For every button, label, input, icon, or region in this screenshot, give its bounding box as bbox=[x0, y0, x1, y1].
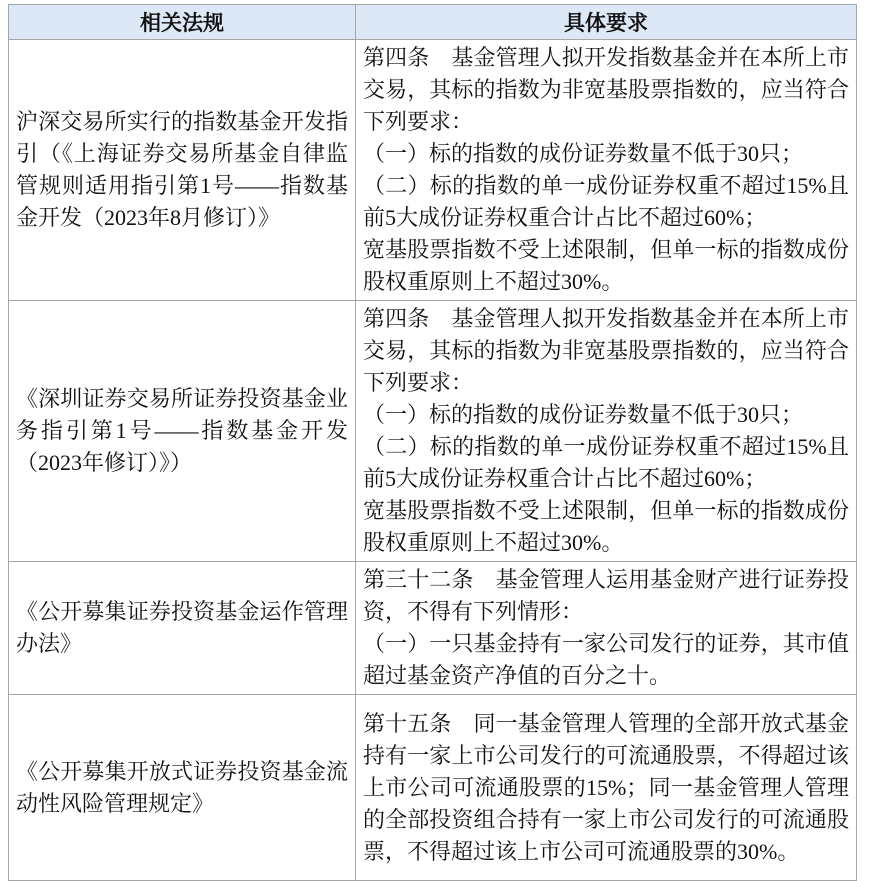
table-row: 《公开募集开放式证券投资基金流动性风险管理规定》 第十五条 同一基金管理人管理的… bbox=[9, 695, 857, 874]
table-header-row: 相关法规 具体要求 bbox=[9, 5, 857, 40]
requirement-paragraph: 宽基股票指数不受上述限制，但单一标的指数成份股权重原则上不超过30%。 bbox=[363, 234, 849, 298]
regulation-text: 沪深交易所实行的指数基金开发指引（《上海证券交易所基金自律监管规则适用指引第1号… bbox=[16, 106, 348, 234]
regulation-text: 《公开募集开放式证券投资基金流动性风险管理规定》 bbox=[16, 756, 348, 820]
requirement-paragraph: 第四条 基金管理人拟开发指数基金并在本所上市交易，其标的指数为非宽基股票指数的，… bbox=[363, 303, 849, 399]
requirement-paragraph: （一）标的指数的成份证券数量不低于30只； bbox=[363, 399, 849, 431]
table-row: 《深圳证券交易所证券投资基金业务指引第1号——指数基金开发（2023年修订）》）… bbox=[9, 301, 857, 562]
requirement-cell: 第三十二条 基金管理人运用基金财产进行证券投资，不得有下列情形： （一）一只基金… bbox=[356, 562, 857, 695]
regulation-cell: 《公开募集开放式证券投资基金流动性风险管理规定》 bbox=[9, 695, 356, 874]
header-related-regulations: 相关法规 bbox=[9, 5, 356, 40]
header-specific-requirements: 具体要求 bbox=[356, 5, 857, 40]
requirement-cell: 第十五条 同一基金管理人管理的全部开放式基金持有一家上市公司发行的可流通股票，不… bbox=[356, 695, 857, 874]
requirement-paragraph: 第四条 基金管理人拟开发指数基金并在本所上市交易，其标的指数为非宽基股票指数的，… bbox=[363, 42, 849, 138]
regulation-cell: 沪深交易所实行的指数基金开发指引（《上海证券交易所基金自律监管规则适用指引第1号… bbox=[9, 40, 356, 301]
requirement-paragraph: （一）一只基金持有一家公司发行的证券，其市值超过基金资产净值的百分之十。 bbox=[363, 628, 849, 692]
requirement-paragraph: （二）标的指数的单一成份证券权重不超过15%且前5大成份证券权重合计占比不超过6… bbox=[363, 170, 849, 234]
requirement-cell: 第四条 基金管理人拟开发指数基金并在本所上市交易，其标的指数为非宽基股票指数的，… bbox=[356, 40, 857, 301]
table-row: 《公开募集证券投资基金运作管理办法》 第三十二条 基金管理人运用基金财产进行证券… bbox=[9, 562, 857, 695]
regulation-text: 《深圳证券交易所证券投资基金业务指引第1号——指数基金开发（2023年修订）》） bbox=[16, 383, 348, 479]
requirement-paragraph: 第十五条 同一基金管理人管理的全部开放式基金持有一家上市公司发行的可流通股票，不… bbox=[363, 708, 849, 868]
regulation-cell: 《公开募集证券投资基金运作管理办法》 bbox=[9, 562, 356, 695]
requirement-paragraph: （一）标的指数的成份证券数量不低于30只； bbox=[363, 138, 849, 170]
requirement-paragraph: 宽基股票指数不受上述限制，但单一标的指数成份股权重原则上不超过30%。 bbox=[363, 495, 849, 559]
requirement-paragraph: （二）标的指数的单一成份证券权重不超过15%且前5大成份证券权重合计占比不超过6… bbox=[363, 431, 849, 495]
regulation-cell: 《深圳证券交易所证券投资基金业务指引第1号——指数基金开发（2023年修订）》） bbox=[9, 301, 356, 562]
table-row: 沪深交易所实行的指数基金开发指引（《上海证券交易所基金自律监管规则适用指引第1号… bbox=[9, 40, 857, 301]
regulation-text: 《公开募集证券投资基金运作管理办法》 bbox=[16, 596, 348, 660]
requirement-cell: 第四条 基金管理人拟开发指数基金并在本所上市交易，其标的指数为非宽基股票指数的，… bbox=[356, 301, 857, 562]
regulations-table: 相关法规 具体要求 沪深交易所实行的指数基金开发指引（《上海证券交易所基金自律监… bbox=[8, 4, 857, 873]
requirement-paragraph: 第三十二条 基金管理人运用基金财产进行证券投资，不得有下列情形： bbox=[363, 564, 849, 628]
